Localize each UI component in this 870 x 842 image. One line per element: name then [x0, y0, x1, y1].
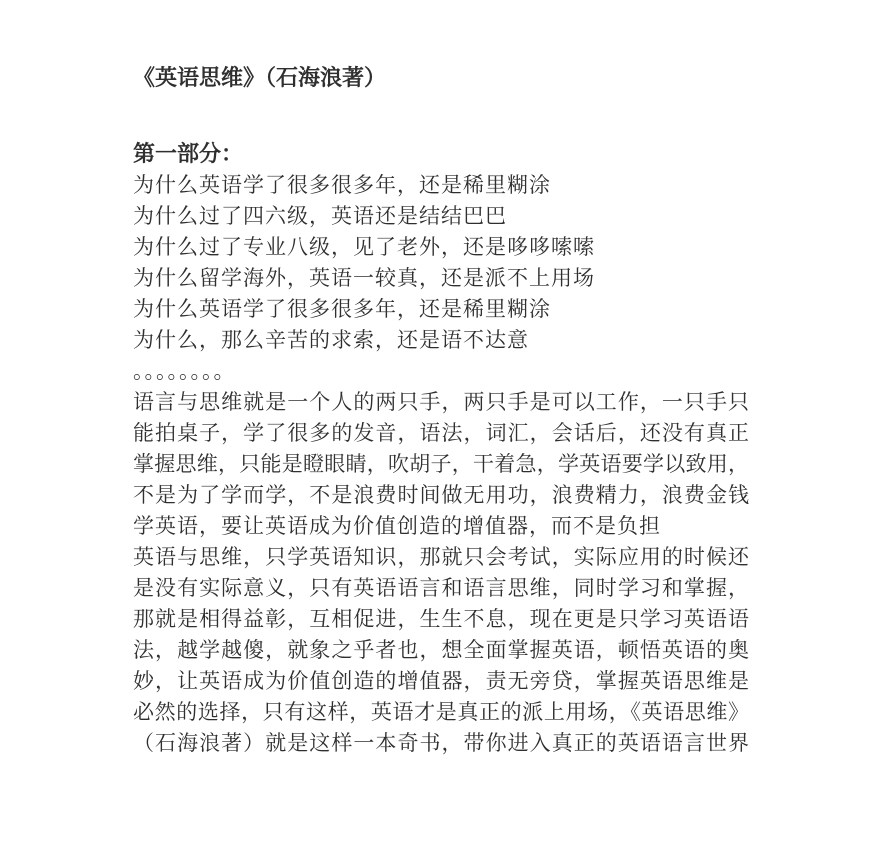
text-line: 那就是相得益彰，互相促进，生生不息，现在更是只学习英语语: [133, 604, 749, 635]
section-heading: 第一部分：: [133, 138, 749, 170]
text-line: 为什么英语学了很多很多年，还是稀里糊涂: [133, 294, 749, 325]
text-line: 为什么过了专业八级，见了老外，还是哆哆嗦嗦: [133, 232, 749, 263]
document-page: 《英语思维》（石海浪著） 第一部分： 为什么英语学了很多很多年，还是稀里糊涂 为…: [0, 0, 870, 842]
text-line: 法，越学越傻，就象之乎者也，想全面掌握英语，顿悟英语的奥: [133, 635, 749, 666]
text-line: 是没有实际意义，只有英语语言和语言思维，同时学习和掌握，: [133, 573, 749, 604]
text-line: 妙，让英语成为价值创造的增值器，责无旁贷，掌握英语思维是: [133, 666, 749, 697]
document-content: 《英语思维》（石海浪著） 第一部分： 为什么英语学了很多很多年，还是稀里糊涂 为…: [133, 62, 749, 759]
text-line: 学英语，要让英语成为价值创造的增值器，而不是负担: [133, 511, 749, 542]
text-line: 为什么，那么辛苦的求索，还是语不达意: [133, 325, 749, 356]
ellipsis-line: 。。。。。。。。: [133, 356, 749, 387]
text-line: 能拍桌子，学了很多的发音，语法，词汇，会话后，还没有真正: [133, 418, 749, 449]
document-title: 《英语思维》（石海浪著）: [133, 62, 749, 94]
text-line: 为什么英语学了很多很多年，还是稀里糊涂: [133, 170, 749, 201]
text-line: 语言与思维就是一个人的两只手，两只手是可以工作，一只手只: [133, 387, 749, 418]
text-line: 为什么过了四六级，英语还是结结巴巴: [133, 201, 749, 232]
text-line: 掌握思维，只能是瞪眼睛，吹胡子，干着急，学英语要学以致用，: [133, 449, 749, 480]
text-line: 为什么留学海外，英语一较真，还是派不上用场: [133, 263, 749, 294]
text-line: 英语与思维，只学英语知识，那就只会考试，实际应用的时候还: [133, 542, 749, 573]
text-line: （石海浪著）就是这样一本奇书，带你进入真正的英语语言世界: [133, 728, 749, 759]
text-line: 不是为了学而学，不是浪费时间做无用功，浪费精力，浪费金钱: [133, 480, 749, 511]
text-line: 必然的选择，只有这样，英语才是真正的派上用场，《英语思维》: [133, 697, 749, 728]
